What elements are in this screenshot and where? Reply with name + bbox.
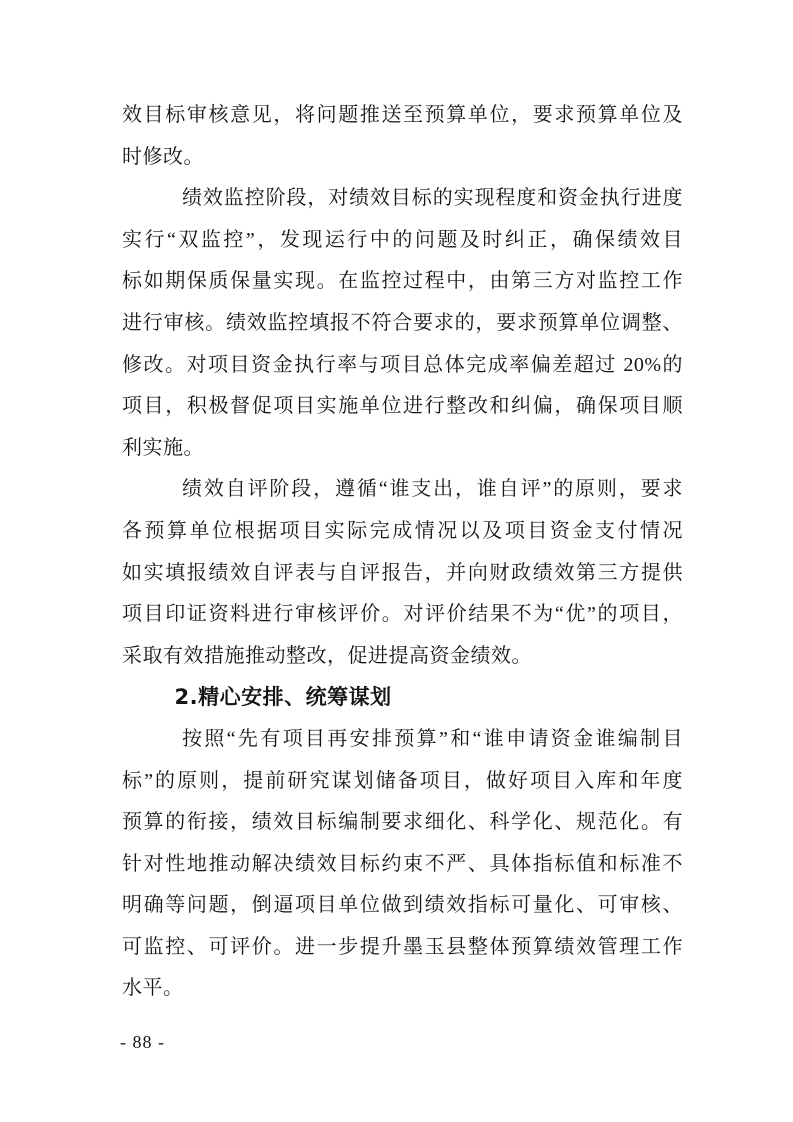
text-line: 水平。 bbox=[122, 968, 683, 1010]
paragraph: 效目标审核意见，将问题推送至预算单位，要求预算单位及时修改。 bbox=[122, 95, 683, 178]
text-line: 利实施。 bbox=[122, 428, 683, 470]
page-number: - 88 - bbox=[120, 1030, 165, 1054]
document-page: 效目标审核意见，将问题推送至预算单位，要求预算单位及时修改。绩效监控阶段，对绩效… bbox=[0, 0, 793, 1122]
text-line: 按照“先有项目再安排预算”和“谁申请资金谁编制目 bbox=[122, 719, 683, 761]
section-heading: 2.精心安排、统筹谋划 bbox=[122, 677, 683, 719]
text-line: 明确等问题，倒逼项目单位做到绩效指标可量化、可审核、 bbox=[122, 885, 683, 927]
text-line: 项目印证资料进行审核评价。对评价结果不为“优”的项目， bbox=[122, 594, 683, 636]
text-line: 采取有效措施推动整改，促进提高资金绩效。 bbox=[122, 636, 683, 678]
text-line: 绩效自评阶段，遵循“谁支出，谁自评”的原则，要求 bbox=[122, 469, 683, 511]
paragraph: 绩效自评阶段，遵循“谁支出，谁自评”的原则，要求各预算单位根据项目实际完成情况以… bbox=[122, 469, 683, 677]
text-line: 项目，积极督促项目实施单位进行整改和纠偏，确保项目顺 bbox=[122, 386, 683, 428]
text-line: 效目标审核意见，将问题推送至预算单位，要求预算单位及 bbox=[122, 95, 683, 137]
text-line: 实行“双监控”，发现运行中的问题及时纠正，确保绩效目 bbox=[122, 220, 683, 262]
text-line: 可监控、可评价。进一步提升墨玉县整体预算绩效管理工作 bbox=[122, 927, 683, 969]
text-line: 标”的原则，提前研究谋划储备项目，做好项目入库和年度 bbox=[122, 761, 683, 803]
text-block: 效目标审核意见，将问题推送至预算单位，要求预算单位及时修改。绩效监控阶段，对绩效… bbox=[122, 95, 683, 1010]
text-line: 进行审核。绩效监控填报不符合要求的，要求预算单位调整、 bbox=[122, 303, 683, 345]
text-line: 预算的衔接，绩效目标编制要求细化、科学化、规范化。有 bbox=[122, 802, 683, 844]
text-line: 时修改。 bbox=[122, 137, 683, 179]
text-line: 绩效监控阶段，对绩效目标的实现程度和资金执行进度 bbox=[122, 178, 683, 220]
text-line: 各预算单位根据项目实际完成情况以及项目资金支付情况 bbox=[122, 511, 683, 553]
text-line: 标如期保质保量实现。在监控过程中，由第三方对监控工作 bbox=[122, 261, 683, 303]
paragraph: 绩效监控阶段，对绩效目标的实现程度和资金执行进度实行“双监控”，发现运行中的问题… bbox=[122, 178, 683, 469]
paragraph: 按照“先有项目再安排预算”和“谁申请资金谁编制目标”的原则，提前研究谋划储备项目… bbox=[122, 719, 683, 1010]
text-line: 针对性地推动解决绩效目标约束不严、具体指标值和标准不 bbox=[122, 844, 683, 886]
text-line: 如实填报绩效自评表与自评报告，并向财政绩效第三方提供 bbox=[122, 553, 683, 595]
text-line: 2.精心安排、统筹谋划 bbox=[122, 677, 683, 719]
text-line: 修改。对项目资金执行率与项目总体完成率偏差超过 20%的 bbox=[122, 345, 683, 387]
